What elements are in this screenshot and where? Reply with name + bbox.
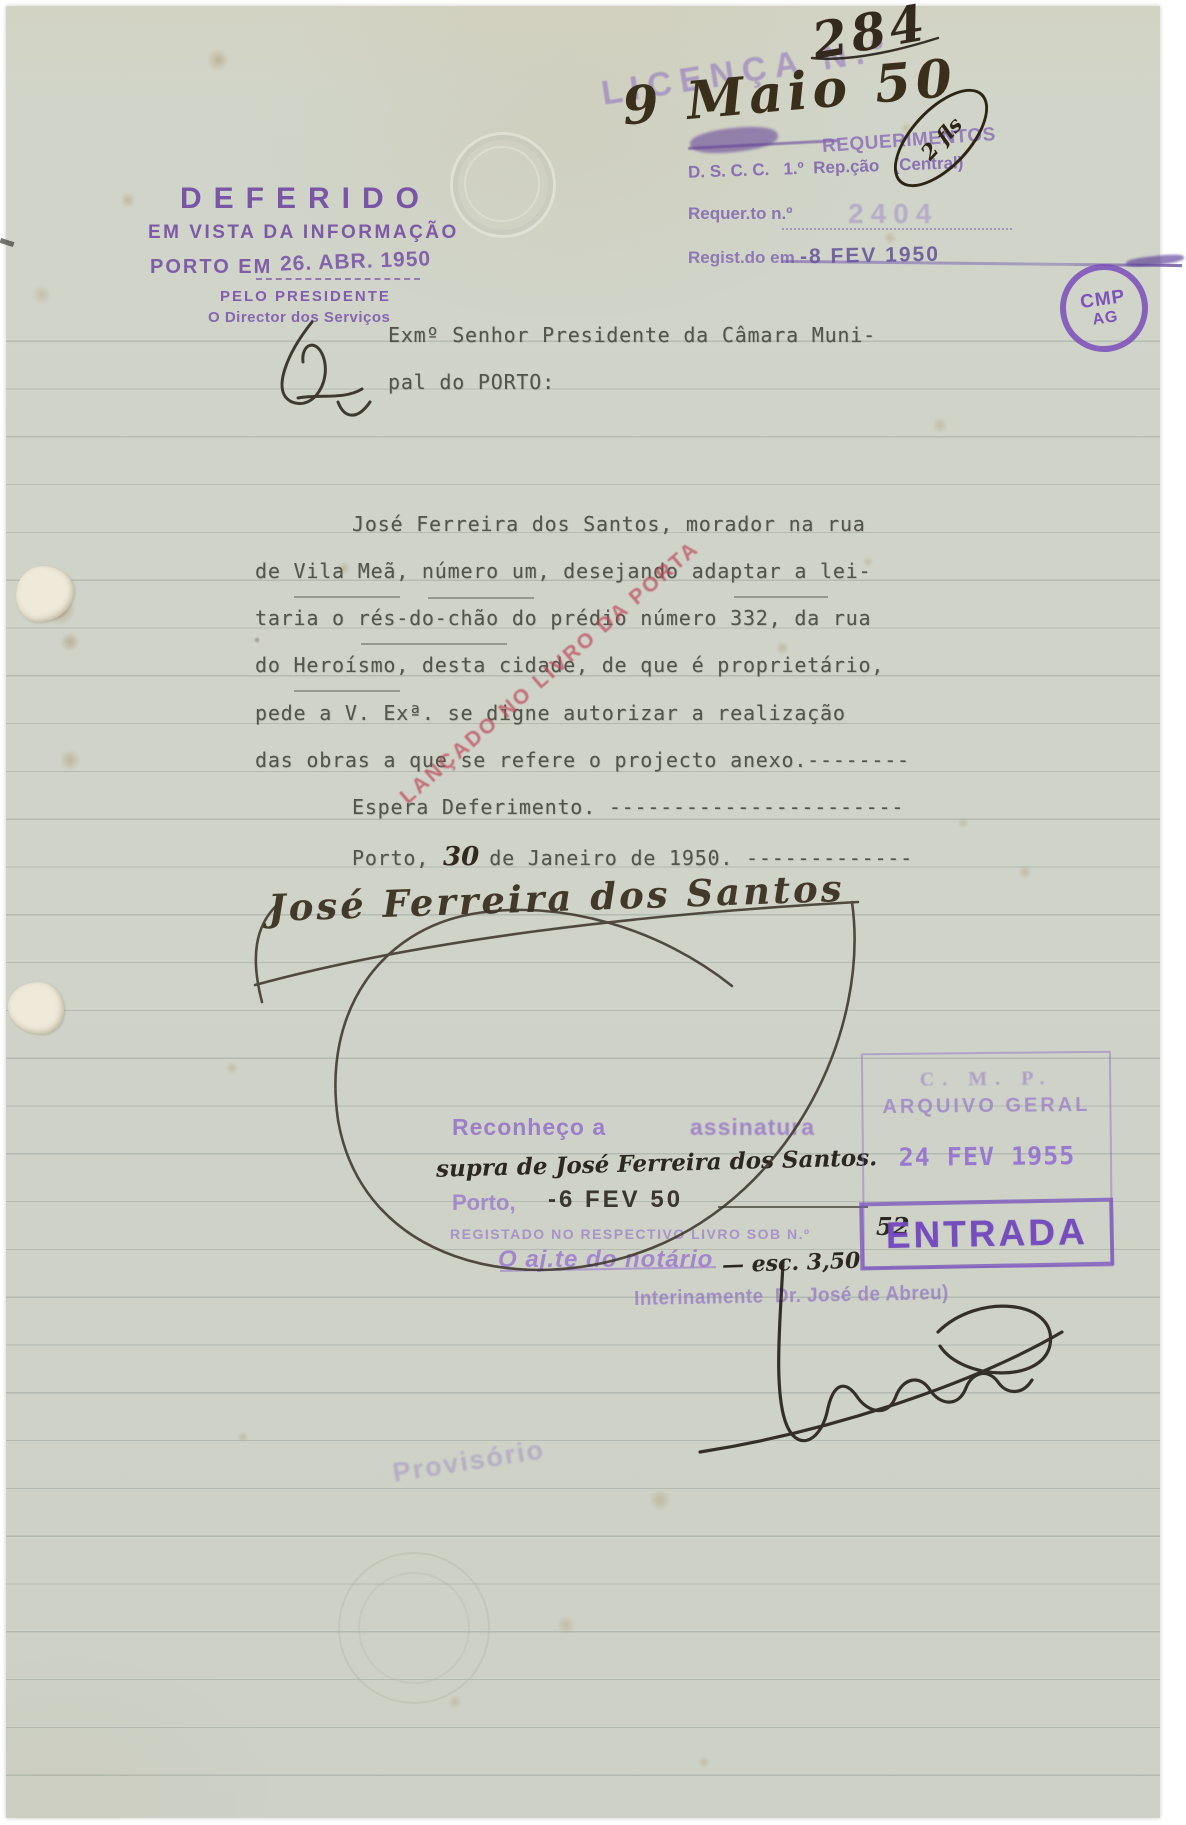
scanned-document-page: LICENÇA N.º REQUERIMENTOS D. S. C. C. 1.… — [0, 0, 1186, 1825]
deferido-title: DEFERIDO — [180, 182, 431, 216]
requer-dotted-underline — [782, 228, 1012, 230]
deferido-subtitle: EM VISTA DA INFORMAÇÃO — [148, 222, 459, 244]
regist-date-label: Regist.do em — [688, 248, 795, 268]
registado-stamp-line: REGISTADO NO RESPECTIVO LIVRO SOB N.º — [450, 1226, 811, 1242]
regist-date-value: -8 FEV 1950 — [800, 243, 940, 269]
reconheco-stamp-left: Reconheço a — [452, 1114, 606, 1141]
ag-text: AG — [1091, 309, 1119, 328]
letter-date-suffix: de Janeiro de 1950. ------------- — [489, 846, 913, 870]
letter-heading-line2: pal do PORTO: — [388, 370, 555, 394]
requer-number-label: Requer.to n.º — [688, 204, 792, 224]
letter-heading-line1: Exmº Senhor Presidente da Câmara Muni- — [388, 323, 876, 347]
deferido-signer-line: O Director dos Serviços — [208, 309, 390, 326]
deferido-place-label: PORTO EM — [150, 256, 272, 279]
deferido-by-line: PELO PRESIDENTE — [220, 288, 391, 305]
notary-date-stamp: -6 FEV 50 — [548, 1186, 683, 1214]
pencil-underline-adaptar — [734, 596, 828, 598]
arquivo-date: 24 FEV 1955 — [864, 1141, 1110, 1173]
letter-body-line3: taria o rés-do-chão do prédio número 332… — [255, 606, 871, 630]
arquivo-org: C. M. P. — [863, 1067, 1109, 1093]
arquivo-geral-stamp: C. M. P. ARQUIVO GERAL 24 FEV 1955 ENTRA… — [861, 1051, 1113, 1270]
pencil-underline-vila-mea — [294, 596, 400, 598]
embossed-seal-top-inner — [464, 146, 540, 222]
letter-body-line7: Espera Deferimento. --------------------… — [352, 795, 904, 819]
letter-body-line5: pede a V. Exª. se digne autorizar a real… — [255, 701, 846, 725]
letter-date-prefix: Porto, — [352, 846, 429, 870]
arquivo-name: ARQUIVO GERAL — [863, 1094, 1109, 1120]
handwritten-fee-note: — esc. 3,50 — [722, 1248, 861, 1279]
letter-body-line2: de Vila Meã, número um, desejando adapta… — [255, 559, 871, 583]
pencil-underline-heroismo — [294, 690, 400, 692]
pencil-underline-numero-um — [428, 597, 534, 599]
cmp-text: CMP — [1079, 287, 1126, 312]
letter-body-line6: das obras a que se refere o projecto ane… — [255, 748, 910, 772]
pencil-underline-res-do-chao — [361, 643, 507, 645]
embossed-seal-bottom-inner — [358, 1572, 470, 1684]
reconheco-stamp-right: assinatura — [690, 1114, 815, 1141]
deferido-dotted-line — [256, 278, 420, 280]
entrada-stamp: ENTRADA — [859, 1198, 1114, 1271]
letter-body-line1: José Ferreira dos Santos, morador na rua — [352, 512, 866, 536]
requer-number-value: 2404 — [848, 198, 938, 230]
notary-ink-line — [718, 1206, 868, 1208]
handwritten-sheet-count: 2 fls — [915, 112, 967, 165]
notary-place-stamp: Porto, — [452, 1190, 516, 1216]
handwritten-day: 30 — [443, 842, 479, 872]
